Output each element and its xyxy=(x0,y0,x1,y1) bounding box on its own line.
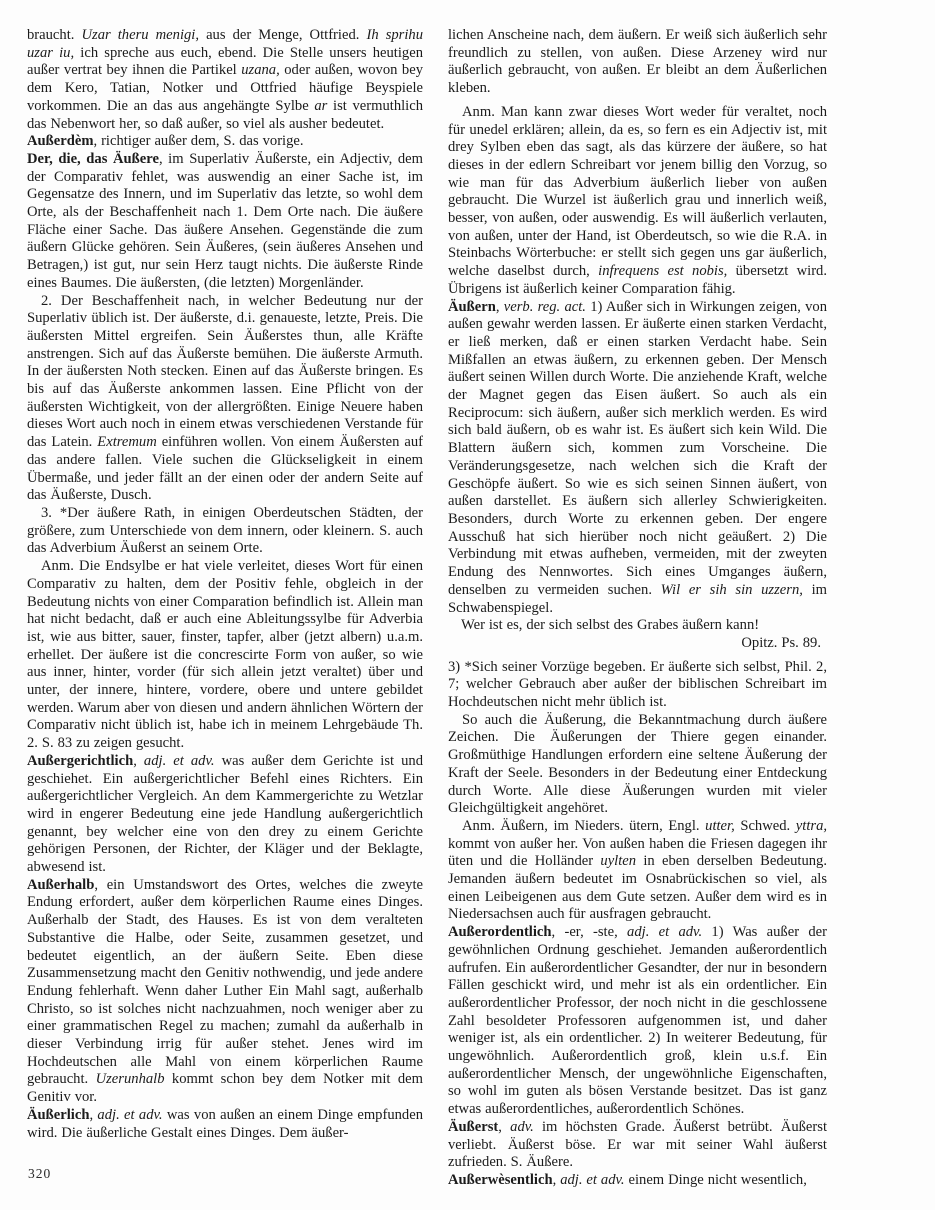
two-column-text-block: braucht. Uzar theru menigi, aus der Meng… xyxy=(0,0,935,1190)
headword: Außerhalb xyxy=(27,877,94,893)
italic-text-run: adj. et adv. xyxy=(97,1107,162,1123)
italic-text-run: Uzar theru menigi, xyxy=(81,27,199,43)
entry-aeusserst: Äußerst, adv. im höchsten Grade. Äußerst… xyxy=(448,1119,827,1172)
headword: Äußerst xyxy=(448,1119,498,1135)
headword: Äußerlich xyxy=(27,1107,89,1123)
anmerkung-paragraph-aeusserlich: Anm. Man kann zwar dieses Wort weder für… xyxy=(448,104,827,299)
entry-aeusserlich: Äußerlich, adj. et adv. was von außen an… xyxy=(27,1107,423,1142)
text-run: lichen Anscheine nach, dem äußern. Er we… xyxy=(448,27,827,96)
sense-3-paragraph: 3. *Der äußere Rath, in einigen Oberdeut… xyxy=(27,505,423,558)
italic-text-run: uylten xyxy=(600,853,636,869)
left-column: braucht. Uzar theru menigi, aus der Meng… xyxy=(27,27,423,1190)
entry-ausserwesentlich: Außerwèsentlich, adj. et adv. einem Ding… xyxy=(448,1172,827,1190)
anmerkung-paragraph-aeussere: Anm. Die Endsylbe er hat viele verleitet… xyxy=(27,558,423,753)
headword: Außerordentlich xyxy=(448,924,552,940)
text-run: , -er, -ste, xyxy=(552,924,628,940)
italic-text-run: yttra, xyxy=(796,818,827,834)
headword: Äußern xyxy=(448,299,496,315)
text-run: Anm. Äußern, im Nieders. ütern, Engl. xyxy=(462,818,705,834)
page-number: 320 xyxy=(28,1166,51,1182)
aeusserung-paragraph: So auch die Äußerung, die Bekanntmachung… xyxy=(448,712,827,818)
text-run: 3) *Sich seiner Vorzüge begeben. Er äuße… xyxy=(448,659,827,710)
headword: Der, die, das Äußere xyxy=(27,151,159,167)
entry-ausserordentlich: Außerordentlich, -er, -ste, adj. et adv.… xyxy=(448,924,827,1119)
verse-line: Wer ist es, der sich selbst des Grabes ä… xyxy=(448,617,827,635)
continuation-paragraph-aeusserlich: lichen Anscheine nach, dem äußern. Er we… xyxy=(448,27,827,98)
italic-text-run: infrequens est nobis, xyxy=(598,263,727,279)
sense-2-paragraph: 2. Der Beschaffenheit nach, in welcher B… xyxy=(27,293,423,505)
entry-der-die-das-aeussere: Der, die, das Äußere, im Superlativ Äuße… xyxy=(27,151,423,293)
italic-text-run: adj. et adv. xyxy=(144,753,215,769)
text-run: , im Superlativ Äußerste, ein Adjectiv, … xyxy=(27,151,423,291)
italic-text-run: Extremum xyxy=(97,434,156,450)
text-run: Opitz. Ps. 89. xyxy=(741,635,821,651)
text-run: was außer dem Gerichte ist und geschiehe… xyxy=(27,753,423,875)
text-run: aus der Menge, Ottfried. xyxy=(199,27,366,43)
text-run: Anm. Die Endsylbe er hat viele verleitet… xyxy=(27,558,423,751)
text-run: , xyxy=(133,753,144,769)
text-run: , richtiger außer dem, S. das vorige. xyxy=(93,133,303,149)
italic-text-run: Uzerunhalb xyxy=(96,1071,165,1087)
text-run: braucht. xyxy=(27,27,81,43)
text-run: 1) Was außer der gewöhnlichen Ordnung ge… xyxy=(448,924,827,1117)
text-run: So auch die Äußerung, die Bekanntmachung… xyxy=(448,712,827,817)
text-run: 3. *Der äußere Rath, in einigen Oberdeut… xyxy=(27,505,423,556)
text-run: 1) Außer sich in Wirkungen zeigen, von a… xyxy=(448,299,827,598)
italic-text-run: Wil er sih sin uzzern, xyxy=(661,582,803,598)
italic-text-run: uzana, xyxy=(241,62,280,78)
verse-attribution: Opitz. Ps. 89. xyxy=(448,635,827,653)
entry-ausserdem: Außerdèm, richtiger außer dem, S. das vo… xyxy=(27,133,423,151)
entry-ausserhalb: Außerhalb, ein Umstandswort des Ortes, w… xyxy=(27,877,423,1107)
anmerkung-paragraph-aeussern: Anm. Äußern, im Nieders. ütern, Engl. ut… xyxy=(448,818,827,924)
italic-text-run: ar xyxy=(314,98,327,114)
sense-3-paragraph-aeussern: 3) *Sich seiner Vorzüge begeben. Er äuße… xyxy=(448,659,827,712)
headword: Außerdèm xyxy=(27,133,93,149)
text-run: , ein Umstandswort des Ortes, welches di… xyxy=(27,877,423,1088)
text-run: Anm. Man kann zwar dieses Wort weder für… xyxy=(448,104,827,279)
text-run: 2. Der Beschaffenheit nach, in welcher B… xyxy=(27,293,423,451)
text-run: Wer ist es, der sich selbst des Grabes ä… xyxy=(461,617,759,633)
headword: Außergerichtlich xyxy=(27,753,133,769)
italic-text-run: adv. xyxy=(510,1119,534,1135)
right-column: lichen Anscheine nach, dem äußern. Er we… xyxy=(448,27,827,1190)
text-run: , xyxy=(496,299,504,315)
italic-text-run: adj. et adv. xyxy=(627,924,702,940)
continuation-paragraph-braucht: braucht. Uzar theru menigi, aus der Meng… xyxy=(27,27,423,133)
text-run: , xyxy=(498,1119,510,1135)
italic-text-run: utter, xyxy=(705,818,735,834)
entry-aussergerichtlich: Außergerichtlich, adj. et adv. was außer… xyxy=(27,753,423,877)
italic-text-run: verb. reg. act. xyxy=(504,299,586,315)
text-run: einem Dinge nicht wesentlich, xyxy=(625,1172,807,1188)
dictionary-page: braucht. Uzar theru menigi, aus der Meng… xyxy=(0,0,935,1210)
italic-text-run: adj. et adv. xyxy=(560,1172,624,1188)
entry-aeussern: Äußern, verb. reg. act. 1) Außer sich in… xyxy=(448,299,827,618)
headword: Außerwèsentlich xyxy=(448,1172,553,1188)
text-run: Schwed. xyxy=(735,818,796,834)
